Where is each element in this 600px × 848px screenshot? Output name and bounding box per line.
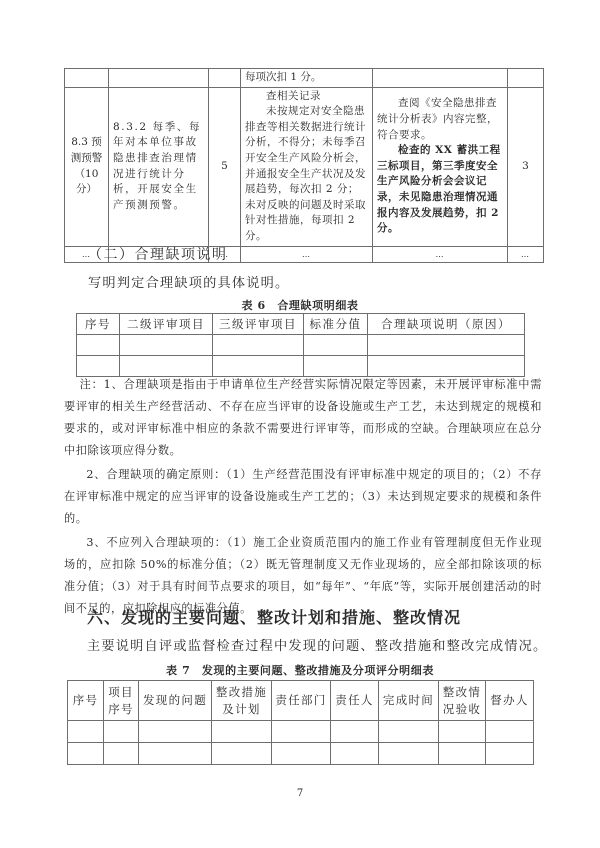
review-item-line: 测预警 (65, 151, 108, 167)
table-row: 每项次扣 1 分。 (65, 69, 544, 88)
section-heading-main-problems: 六、发现的主要问题、整改计划和措施、整改情况 (87, 605, 461, 628)
table7-problems-rectification: 序号 项目序号 发现的问题 整改措施及计划 责任部门 责任人 完成时间 整改情况… (67, 680, 534, 765)
header-line: 整改情 (439, 684, 485, 701)
column-header: 序号 (68, 681, 104, 721)
table-row: 8.3 预 测预警 （10 分） 8.3.2 每季、每年对本单位事故隐患排查治理… (65, 87, 544, 246)
table6-reasonable-missing: 序号 二级评审项目 三级评审项目 标准分值 合理缺项说明（原因） (76, 313, 525, 377)
column-header: 三级评审项目 (213, 314, 304, 335)
column-header: 责任人 (331, 681, 379, 721)
review-item-cell: 8.3 预 测预警 （10 分） (65, 87, 109, 246)
table7-caption: 表 7 发现的主要问题、整改措施及分项评分明细表 (0, 662, 600, 678)
header-line: 责任人 (335, 693, 373, 707)
score-cell: 3 (508, 87, 544, 246)
table-cell (109, 69, 209, 88)
table-cell (272, 721, 331, 743)
column-header: 督办人 (486, 681, 534, 721)
table-cell (213, 335, 304, 356)
table-cell (486, 743, 534, 765)
method-cell: 查相关记录 未按规定对安全隐患排查等相关数据进行统计分析，不得分；未每季召开安全… (241, 87, 373, 246)
table5-continuation: 每项次扣 1 分。 8.3 预 测预警 （10 分） 8.3.2 每季、每年对本… (64, 68, 544, 263)
table-cell (68, 743, 104, 765)
section-six-intro: 主要说明自评或监督检查过程中发现的问题、整改措施和整改完成情况。 (87, 635, 547, 654)
table-cell (68, 721, 104, 743)
page-number: 7 (0, 788, 600, 799)
column-header: 二级评审项目 (120, 314, 213, 335)
table-cell (379, 743, 439, 765)
review-item-line: 8.3 预 (65, 135, 108, 151)
section-heading-reasonable-missing: （二）合理缺项说明 (88, 244, 228, 264)
table-cell (368, 335, 525, 356)
table-cell (139, 743, 212, 765)
header-line: 项目 (104, 684, 138, 701)
ellipsis-cell: … (241, 246, 373, 263)
table-cell (120, 335, 213, 356)
column-header: 责任部门 (272, 681, 331, 721)
table-cell (139, 721, 212, 743)
column-header: 整改措施及计划 (212, 681, 272, 721)
table-cell (104, 721, 139, 743)
note-1: 注：1、合理缺项是指由于申请单位生产经营实际情况限定等因素，未开展评审标准中需要… (64, 374, 542, 462)
table-row (68, 743, 534, 765)
sub-item-cell: 8.3.2 每季、每年对本单位事故隐患排查治理情况进行统计分析，开展安全生产预测… (109, 87, 209, 246)
ellipsis-cell: … (373, 246, 508, 263)
header-line: 督办人 (490, 693, 528, 707)
table-cell (331, 721, 379, 743)
header-line: 责任部门 (275, 693, 326, 707)
standard-score-cell: 5 (209, 87, 241, 246)
note-2: 2、合理缺项的确定原则：（1）生产经营范围没有评审标准中规定的项目的；（2）不存… (64, 464, 542, 530)
header-line: 发现的问题 (143, 693, 207, 707)
table-cell (77, 335, 120, 356)
table-cell (104, 743, 139, 765)
column-header: 序号 (77, 314, 120, 335)
table-cell (508, 69, 544, 88)
header-line: 序号 (104, 701, 138, 718)
table-cell (212, 721, 272, 743)
table-cell (331, 743, 379, 765)
ellipsis-cell: … (508, 246, 544, 263)
column-header: 发现的问题 (139, 681, 212, 721)
section-intro: 写明判定合理缺项的具体说明。 (88, 272, 289, 291)
table-cell (65, 69, 109, 88)
header-line: 况验收 (439, 701, 485, 718)
finding-cell: 查阅《安全隐患排查统计分析表》内容完整，符合要求。 检查的 XX 蓄洪工程三标项… (373, 87, 508, 246)
header-line: 整改措施 (212, 684, 271, 701)
review-item-line: 分） (65, 182, 108, 198)
finding-bold: 检查的 XX 蓄洪工程三标项目，第三季度安全生产风险分析会会议记录，未见隐患治理… (377, 143, 503, 237)
table-cell (439, 721, 486, 743)
column-header: 标准分值 (304, 314, 368, 335)
review-item-line: （10 (65, 167, 108, 183)
table-cell (212, 743, 272, 765)
column-header: 完成时间 (379, 681, 439, 721)
table-cell (209, 69, 241, 88)
table-cell (373, 69, 508, 88)
table-row (68, 721, 534, 743)
table-row (77, 335, 525, 356)
deduction-text-cell: 每项次扣 1 分。 (241, 69, 373, 88)
column-header: 整改情况验收 (439, 681, 486, 721)
column-header: 合理缺项说明（原因） (368, 314, 525, 335)
header-line: 完成时间 (383, 693, 434, 707)
header-line: 及计划 (212, 701, 271, 718)
table-cell (304, 335, 368, 356)
header-line: 序号 (73, 693, 99, 707)
table-cell (272, 743, 331, 765)
table-cell (379, 721, 439, 743)
column-header: 项目序号 (104, 681, 139, 721)
table-cell (486, 721, 534, 743)
method-body: 未按规定对安全隐患排查等相关数据进行统计分析，不得分；未每季召开安全生产风险分析… (245, 104, 368, 244)
table-header-row: 序号 项目序号 发现的问题 整改措施及计划 责任部门 责任人 完成时间 整改情况… (68, 681, 534, 721)
finding-normal: 查阅《安全隐患排查统计分析表》内容完整，符合要求。 (377, 96, 503, 143)
table6-caption: 表 6 合理缺项明细表 (0, 297, 600, 313)
table-cell (439, 743, 486, 765)
notes-block: 注：1、合理缺项是指由于申请单位生产经营实际情况限定等因素，未开展评审标准中需要… (64, 374, 542, 620)
table-header-row: 序号 二级评审项目 三级评审项目 标准分值 合理缺项说明（原因） (77, 314, 525, 335)
method-title: 查相关记录 (245, 89, 368, 105)
